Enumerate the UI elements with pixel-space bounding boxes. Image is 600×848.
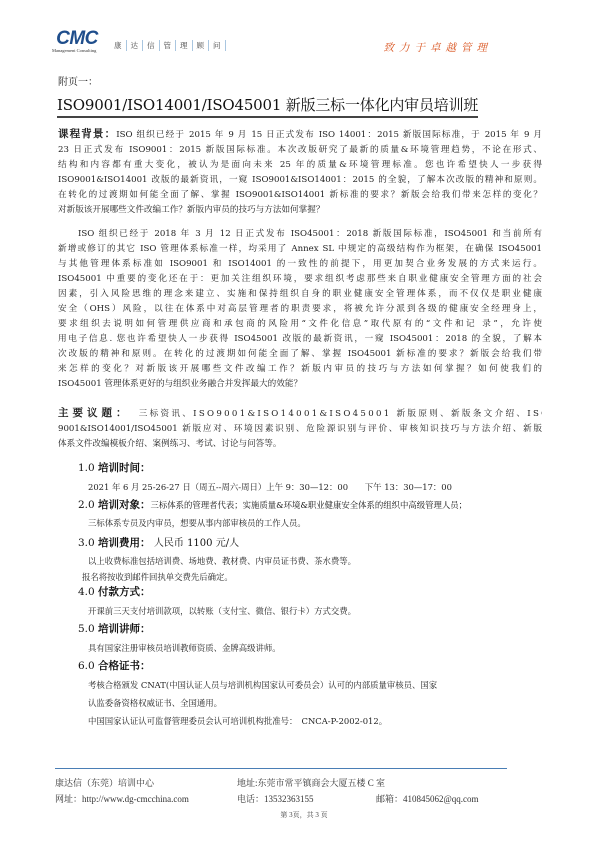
company-char: 达 [127, 40, 144, 51]
slogan: 致力于卓越管理 [384, 40, 493, 55]
topics-label: 主要议题： [58, 407, 131, 419]
text-line: 用电子信息. 您也许希望快人一步获得 ISO45001 改版的最新资讯，一窥 I… [58, 332, 542, 347]
background-label: 课程背景： [58, 128, 116, 140]
certificate-detail: 考核合格颁发 CNAT(中国认证人员与培训机构国家认可委员会）认可的内部质量审核… [88, 679, 437, 691]
trainer-detail: 具有国家注册审核员培训教师资质、金牌高级讲师。 [88, 642, 281, 654]
course-background-paragraph-1: 课程背景：ISO 组织已经于 2015 年 9 月 15 日正式发布 ISO 1… [58, 127, 542, 218]
text-line: 体系文件改编模板介绍、案例练习、考试、讨论与问答等。 [58, 437, 542, 452]
text-line: 在转化的过渡期如何能全面了解、掌握 ISO9001&ISO14001 新标准的要… [58, 188, 542, 203]
text-line: 23 日正式发布 ISO9001：2015 新版国际标准。本次改版研究了最新的质… [58, 143, 542, 158]
text-line: 次改版的精神和原则。在转化的过渡期如何能全面了解、掌握 ISO45001 新标准… [58, 347, 542, 362]
text-line: 因素，引入风险思维的理念来建立、实施和保持组织自身的职业健康安全管理体系，而不仅… [58, 287, 542, 302]
text-line: ISO9001&ISO14001 改版的最新资讯，一窥 ISO9001&ISO1… [58, 173, 542, 188]
appendix-label: 附页一： [58, 73, 98, 88]
training-audience-detail: 三标体系专员及内审员，想要从事内部审核员的工作人员。 [88, 517, 306, 529]
course-background-paragraph-2: ISO 组织已经于 2018 年 3 月 12 日正式发布 ISO45001：2… [58, 227, 542, 392]
training-time-value: 2021 年 6 月 25-26-27 日（周五--周六-周日）上午 9：30—… [88, 481, 452, 493]
text-line: 对新版该开展哪些文件改编工作？新版内审员的技巧与方法如何掌握？ [58, 203, 542, 218]
section-trainer: 5.0 培训讲师： [78, 621, 151, 636]
company-char: 康 [110, 40, 127, 51]
registration-note: 报名将按收到邮件回执单交费先后确定。 [82, 571, 233, 583]
company-char: 信 [143, 40, 160, 51]
text-line: 来怎样的变化？对新版该开展哪些文件改编工作？新版内审员的技巧与方法如何掌握？如何… [58, 362, 542, 377]
section-training-audience: 2.0 培训对象：三标体系的管理者代表；实施质量&环境&职业健康安全体系的组织中… [78, 497, 467, 512]
text-line: 要求组织去说明如何管理供应商和承包商的风险用“文件化信息”取代原有的“文件和记 … [58, 317, 542, 332]
footer-org: 康达信（东莞）培训中心 [55, 776, 154, 789]
text-line: ISO45001 中重要的变化还在于：更加关注组织环境，要求组织考虑那些来自职业… [58, 272, 542, 287]
logo-subtext: Management Consulting [52, 48, 102, 54]
page-number: 第 3页，共 3 页 [0, 810, 600, 820]
footer-divider [55, 768, 507, 769]
company-char: 问 [209, 40, 226, 51]
company-name: 康 达 信 管 理 顾 问 [110, 40, 226, 51]
company-char: 理 [176, 40, 193, 51]
training-fee-value: 人民币 1100 元/人 [154, 538, 239, 549]
section-certificate: 6.0 合格证书： [78, 658, 151, 673]
logo-text: CMC [52, 30, 102, 48]
text-line: 9001&ISO14001/ISO45001 新版应对、环境因素识别、危险源识别… [58, 422, 542, 437]
cmc-logo: CMC Management Consulting [52, 30, 102, 54]
text-line: 结构和内容都有重大变化，被认为是面向未来 25 年的质量&环境管理标准。您也许希… [58, 158, 542, 173]
main-topics: 主要议题： 三标资讯、ISO9001&ISO14001&ISO45001 新版原… [58, 406, 542, 452]
footer-website[interactable]: 网址：http://www.dg-cmcchina.com [55, 792, 189, 805]
section-training-time: 1.0 培训时间： [78, 460, 151, 475]
footer-address: 地址:东莞市常平镇商会大厦五楼 C 室 [237, 776, 385, 789]
certificate-detail: 认监委备资格权威证书、全国通用。 [88, 697, 222, 709]
letterhead: CMC Management Consulting 康 达 信 管 理 顾 问 … [52, 30, 570, 58]
text-line: ISO 组织已经于 2018 年 3 月 12 日正式发布 ISO45001：2… [58, 227, 542, 242]
certificate-approval-number: 中国国家认证认可监督管理委员会认可培训机构批准号： CNCA-P-2002-01… [88, 715, 387, 727]
footer-email[interactable]: 邮箱：410845062@qq.com [376, 792, 479, 805]
company-char: 管 [160, 40, 177, 51]
company-char: 顾 [193, 40, 210, 51]
text-line: ISO45001 管理体系更好的与组织业务融合并发挥最大的效能？ [58, 377, 542, 392]
page-title: ISO9001/ISO14001/ISO45001 新版三标一体化内审员培训班 [57, 94, 478, 118]
text-line: 主要议题： 三标资讯、ISO9001&ISO14001&ISO45001 新版原… [58, 406, 542, 422]
section-training-fee: 3.0 培训费用： 人民币 1100 元/人 [78, 534, 239, 550]
payment-method-detail: 开课前三天支付培训款项，以转账（支付宝、微信、银行卡）方式交费。 [88, 605, 356, 617]
text-line: 安全（OHS）风险，以往在体系中对高层管理者的职责要求，将被允许分派到各级的健康… [58, 302, 542, 317]
footer-phone: 电话：13532363155 [237, 792, 314, 805]
text-line: 课程背景：ISO 组织已经于 2015 年 9 月 15 日正式发布 ISO 1… [58, 127, 542, 143]
text-line: 新增或修订的其它 ISO 管理体系标准一样，均采用了 Annex SL 中规定的… [58, 242, 542, 257]
text-line: 与其他管理体系标准如 ISO9001 和 ISO14001 的一致性的前提下，用… [58, 257, 542, 272]
training-fee-detail: 以上收费标准包括培训费、场地费、教材费、内审员证书费、茶水费等。 [88, 555, 356, 567]
section-payment-method: 4.0 付款方式： [78, 584, 151, 599]
